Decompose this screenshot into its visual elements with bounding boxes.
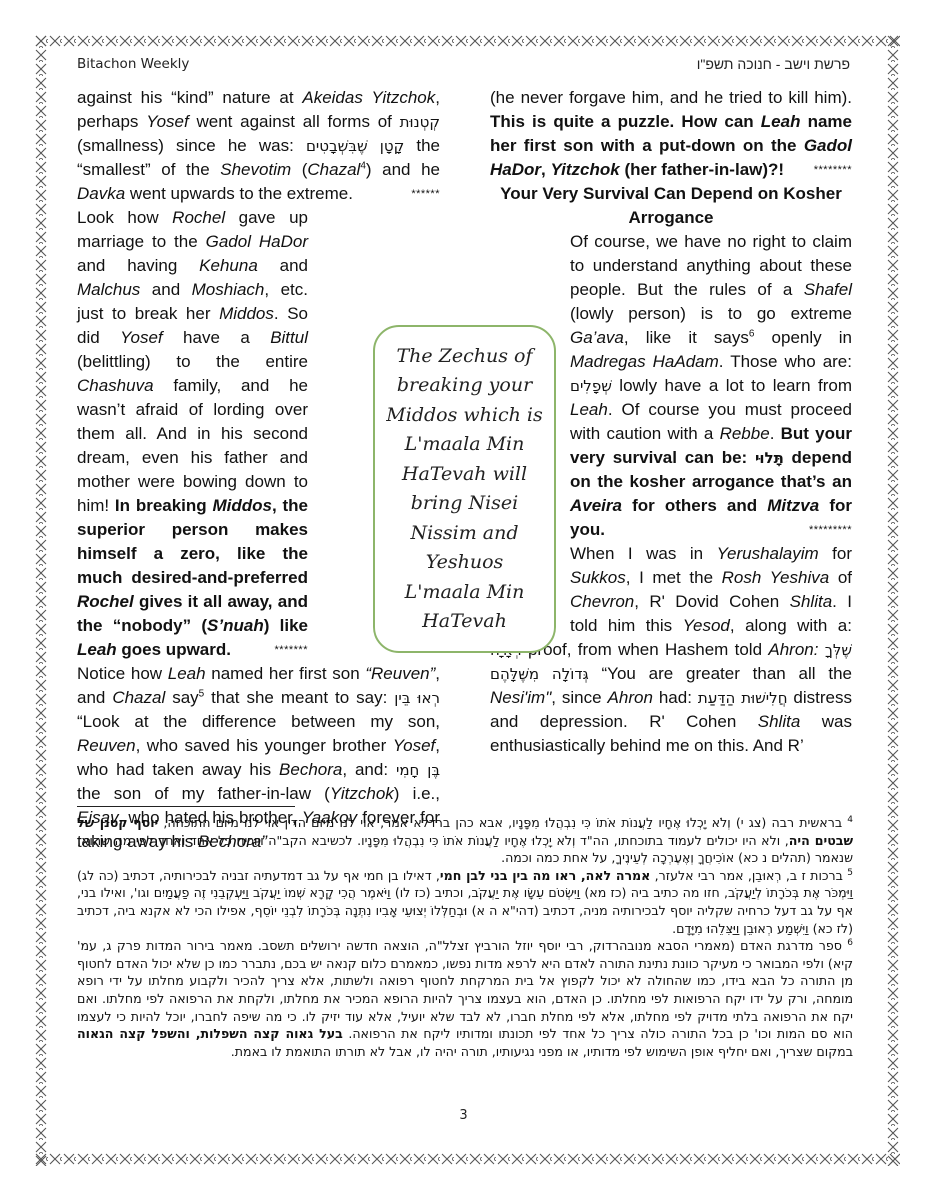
border-pattern-left [34, 34, 48, 1166]
footnote-4: 4 בראשית רבה (צג י) וְלֹא יָכְלוּ אֶחָיו… [77, 814, 853, 867]
section-separator: ******** [814, 158, 852, 182]
paragraph: against his “kind” nature at Akeidas Yit… [77, 86, 440, 206]
paragraph: (he never forgave him, and he tried to k… [490, 86, 852, 182]
footnote-6: 6 ספר מדרגת האדם (מאמרי הסבא מנובהרדוק, … [77, 937, 853, 1060]
border-pattern-right [886, 34, 900, 1166]
publication-title: Bitachon Weekly [77, 56, 189, 72]
section-separator: ********* [809, 518, 852, 542]
page-number: 3 [0, 1108, 927, 1123]
border-pattern-top [34, 34, 900, 48]
section-separator: ****** [411, 182, 440, 206]
footnote-separator [77, 806, 295, 807]
footnote-5: 5 ברכות ז ב, רְאוּבֵן, אמר רבי אלעזר, אמ… [77, 867, 853, 937]
parsha-title: פרשת וישב - חנוכה תשפ"ו [697, 56, 850, 72]
section-heading: Your Very Survival Can Depend on Kosher … [490, 182, 852, 230]
footnotes: 4 בראשית רבה (צג י) וְלֹא יָכְלוּ אֶחָיו… [77, 814, 853, 1060]
section-separator: ******* [275, 638, 308, 662]
pull-quote-box: The Zechus of breaking your Middos which… [373, 325, 556, 653]
border-pattern-bottom [34, 1152, 900, 1166]
pull-quote-text: The Zechus of breaking your Middos which… [385, 342, 544, 637]
